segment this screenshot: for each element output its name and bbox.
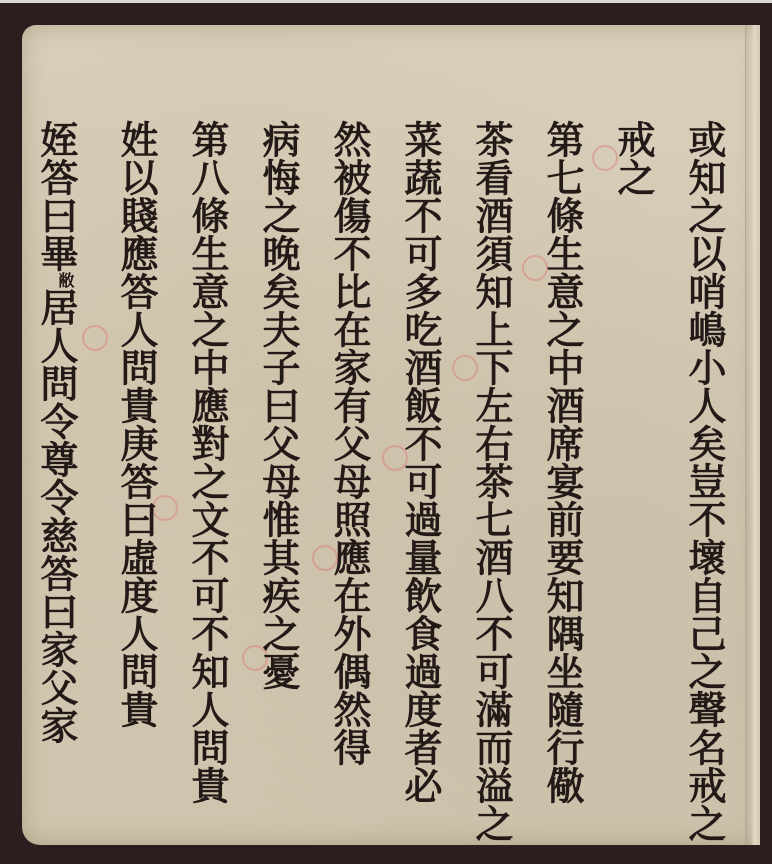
text-column-2: 戒之 <box>598 120 669 840</box>
text-columns: 或知之以哨嶋小人矣豈不壞自己之聲名戒之 戒之 第七條生意之中酒席宴前要知隅坐隨行… <box>32 120 740 840</box>
text-column-6: 然被傷不比在家有父母照應在外偶然得 <box>314 120 385 840</box>
text-column-1: 或知之以哨嶋小人矣豈不壞自己之聲名戒之 <box>669 120 740 840</box>
page-fold <box>745 25 760 845</box>
scan-frame: 或知之以哨嶋小人矣豈不壞自己之聲名戒之 戒之 第七條生意之中酒席宴前要知隅坐隨行… <box>0 0 772 864</box>
interlinear-annotation: 敝 <box>56 272 75 288</box>
column-10-text-before: 姪答曰畢 <box>34 120 79 272</box>
text-column-5: 菜蔬不可多吃酒飯不可過量飲食過度者必 <box>385 120 456 840</box>
column-10-text-after: 居人問令尊令慈答曰家父家 <box>34 288 79 744</box>
text-column-10: 姪答曰畢敝居人問令尊令慈答曰家父家 <box>30 120 101 840</box>
text-column-9: 姓以賤應答人問貴庚答曰虛度人問貴 <box>101 120 172 840</box>
text-column-8: 第八條生意之中應對之文不可不知人問貴 <box>172 120 243 840</box>
manuscript-page: 或知之以哨嶋小人矣豈不壞自己之聲名戒之 戒之 第七條生意之中酒席宴前要知隅坐隨行… <box>22 25 760 845</box>
text-column-4: 茶看酒須知上下左右茶七酒八不可滿而溢之 <box>456 120 527 840</box>
text-column-7: 病悔之晚矣夫子曰父母惟其疾之憂 <box>243 120 314 840</box>
text-column-3: 第七條生意之中酒席宴前要知隅坐隨行儆 <box>527 120 598 840</box>
